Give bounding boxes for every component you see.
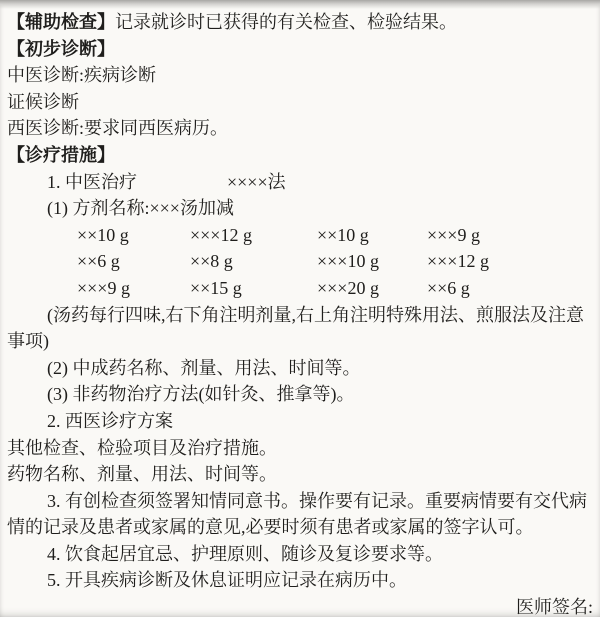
western-plan-line2: 药物名称、剂量、用法、时间等。 bbox=[7, 461, 593, 488]
syndrome-diagnosis-line: 证候诊断 bbox=[7, 89, 593, 116]
herb-cell: ×××9 g bbox=[427, 222, 593, 249]
informed-consent-item: 3. 有创检查须签署知情同意书。操作要有记录。重要病情要有交代病情的记录及患者或… bbox=[7, 488, 593, 541]
aux-exam-line: 【辅助检查】记录就诊时已获得的有关检查、检验结果。 bbox=[7, 9, 593, 36]
herb-cell: ××6 g bbox=[427, 275, 593, 302]
western-plan-label: 2. 西医诊疗方案 bbox=[7, 408, 593, 435]
aux-exam-text: 记录就诊时已获得的有关检查、检验结果。 bbox=[115, 12, 457, 32]
diet-nursing-item: 4. 饮食起居宜忌、护理原则、随诊及复诊要求等。 bbox=[7, 541, 593, 568]
herb-cell: ×××12 g bbox=[427, 248, 593, 275]
tcm-treatment-label: 1. 中医治疗 bbox=[47, 172, 137, 192]
western-diagnosis-line: 西医诊断:要求同西医病历。 bbox=[7, 115, 593, 142]
physician-signature-label: 医师签名: bbox=[7, 594, 593, 617]
herb-cell: ××15 g bbox=[190, 275, 317, 302]
formula-name-line: (1) 方剂名称:×××汤加减 bbox=[7, 195, 593, 222]
tcm-treatment-method: ××××法 bbox=[227, 172, 286, 192]
non-drug-therapy-line: (3) 非药物治疗方法(如针灸、推拿等)。 bbox=[7, 381, 593, 408]
herb-cell: ×××9 g bbox=[77, 275, 190, 302]
herb-cell: ××10 g bbox=[77, 222, 190, 249]
herb-cell: ×××10 g bbox=[317, 248, 427, 275]
herb-dosage-table: ××10 g ×××12 g ××10 g ×××9 g ××6 g ××8 g… bbox=[7, 222, 593, 302]
medical-record-document-page: 【辅助检查】记录就诊时已获得的有关检查、检验结果。 【初步诊断】 中医诊断:疾病… bbox=[0, 0, 600, 617]
herb-cell: ××10 g bbox=[317, 222, 427, 249]
certificate-item: 5. 开具疾病诊断及休息证明应记录在病历中。 bbox=[7, 567, 593, 594]
tcm-diagnosis-line: 中医诊断:疾病诊断 bbox=[7, 62, 593, 89]
prelim-diagnosis-heading: 【初步诊断】 bbox=[7, 36, 593, 63]
herb-cell: ××8 g bbox=[190, 248, 317, 275]
tcm-treatment-line: 1. 中医治疗××××法 bbox=[7, 169, 593, 196]
herb-cell: ×××12 g bbox=[190, 222, 317, 249]
patent-medicine-line: (2) 中成药名称、剂量、用法、时间等。 bbox=[7, 355, 593, 382]
decoction-note: (汤药每行四味,右下角注明剂量,右上角注明特殊用法、煎服法及注意事项) bbox=[7, 302, 593, 355]
western-plan-line1: 其他检查、检验项目及治疗措施。 bbox=[7, 435, 593, 462]
aux-exam-heading: 【辅助检查】 bbox=[7, 12, 115, 32]
herb-cell: ××6 g bbox=[77, 248, 190, 275]
measures-heading: 【诊疗措施】 bbox=[7, 142, 593, 169]
herb-cell: ×××20 g bbox=[317, 275, 427, 302]
